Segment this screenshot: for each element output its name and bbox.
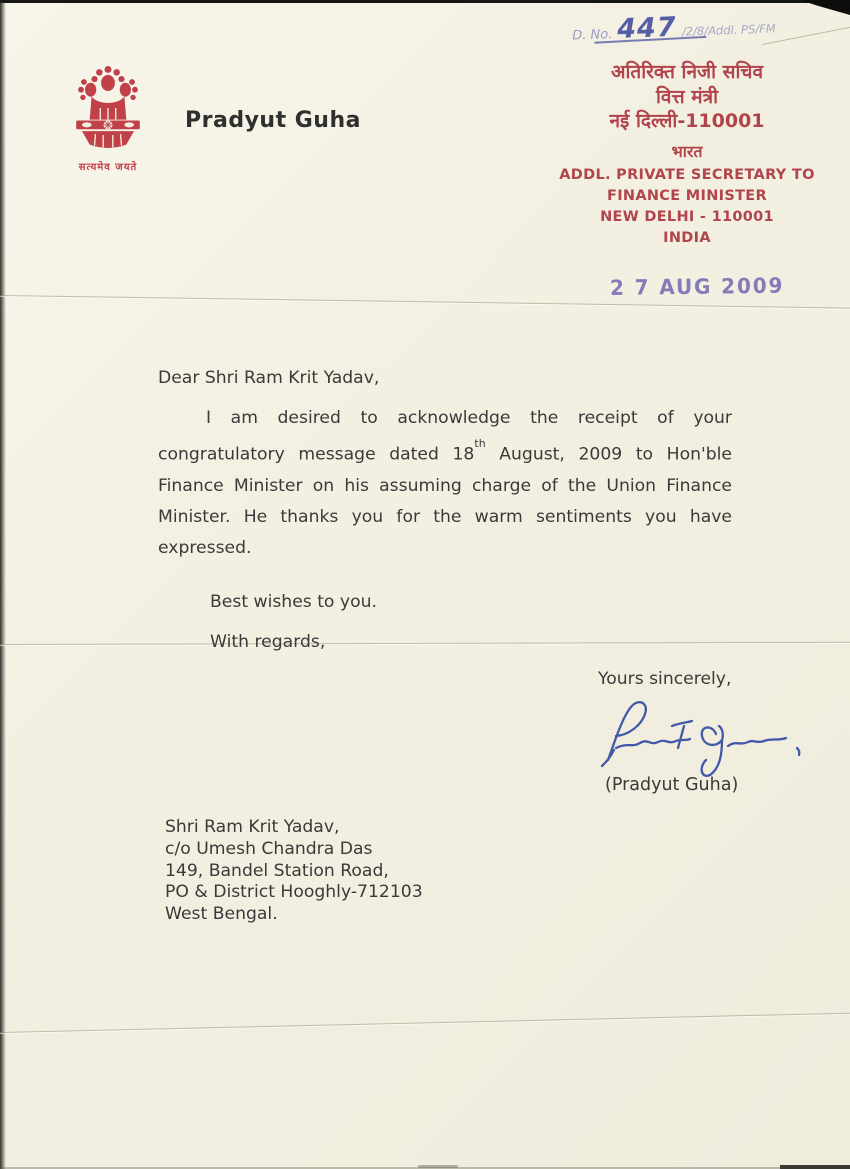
india-state-emblem: सत्यमेव जयते xyxy=(53,58,163,173)
letterhead-english-line: NEW DELHI - 110001 xyxy=(558,210,816,225)
body-line-text: August, 2009 to Hon'ble xyxy=(486,445,732,465)
body-line: congratulatory message dated 18th August… xyxy=(158,434,732,471)
letterhead-country-hindi: भारत xyxy=(558,140,816,162)
address-line: c/o Umesh Chandra Das xyxy=(165,839,423,861)
body-line: expressed. xyxy=(158,533,732,564)
letterhead-hindi-line: अतिरिक्त निजी सचिव xyxy=(558,60,816,85)
closing-line: Yours sincerely, xyxy=(598,669,731,689)
address-line: Shri Ram Krit Yadav, xyxy=(165,817,423,839)
regards-line: With regards, xyxy=(210,632,325,652)
date-stamp: 2 7 AUG 2009 xyxy=(610,274,785,300)
scan-smudge xyxy=(418,1165,458,1168)
recipient-address: Shri Ram Krit Yadav, c/o Umesh Chandra D… xyxy=(165,817,423,926)
address-line: 149, Bandel Station Road, xyxy=(165,861,423,883)
sender-name: Pradyut Guha xyxy=(185,108,361,133)
handwritten-file-number: D. No. 447 /2/8/Addl. PS/FM xyxy=(572,9,773,47)
letter-body: I am desired to acknowledge the receipt … xyxy=(158,403,732,564)
letterhead-hindi-line: वित्त मंत्री xyxy=(558,85,816,110)
emblem-motto: सत्यमेव जयते xyxy=(53,159,163,173)
letterhead-english-line: ADDL. PRIVATE SECRETARY TO xyxy=(558,168,816,183)
letterhead-english-line: FINANCE MINISTER xyxy=(558,189,816,204)
scan-edge-top xyxy=(0,0,850,3)
best-wishes-line: Best wishes to you. xyxy=(210,592,377,612)
address-line: PO & District Hooghly-712103 xyxy=(165,882,423,904)
body-line-text: congratulatory message dated 18 xyxy=(158,445,474,465)
paper-fold-line-middle xyxy=(0,642,850,645)
paper-fold-line-bottom xyxy=(0,1011,850,1033)
letterhead-english-line: INDIA xyxy=(558,231,816,246)
salutation: Dear Shri Ram Krit Yadav, xyxy=(158,368,379,388)
body-line: Minister. He thanks you for the warm sen… xyxy=(158,502,732,533)
scan-edge-bottom-right xyxy=(780,1165,850,1169)
scanned-letter-page: D. No. 447 /2/8/Addl. PS/FM xyxy=(0,0,850,1169)
address-line: West Bengal. xyxy=(165,904,423,926)
letterhead-office-block: अतिरिक्त निजी सचिव वित्त मंत्री नई दिल्ल… xyxy=(558,60,816,246)
lion-capital-icon xyxy=(55,58,161,158)
letterhead-hindi-line: नई दिल्ली-110001 xyxy=(558,109,816,134)
body-line: I am desired to acknowledge the receipt … xyxy=(158,403,732,434)
scan-edge-left xyxy=(0,0,6,1169)
ordinal-suffix: th xyxy=(474,437,485,450)
signatory-name: (Pradyut Guha) xyxy=(605,775,738,795)
body-line: Finance Minister on his assuming charge … xyxy=(158,471,732,502)
